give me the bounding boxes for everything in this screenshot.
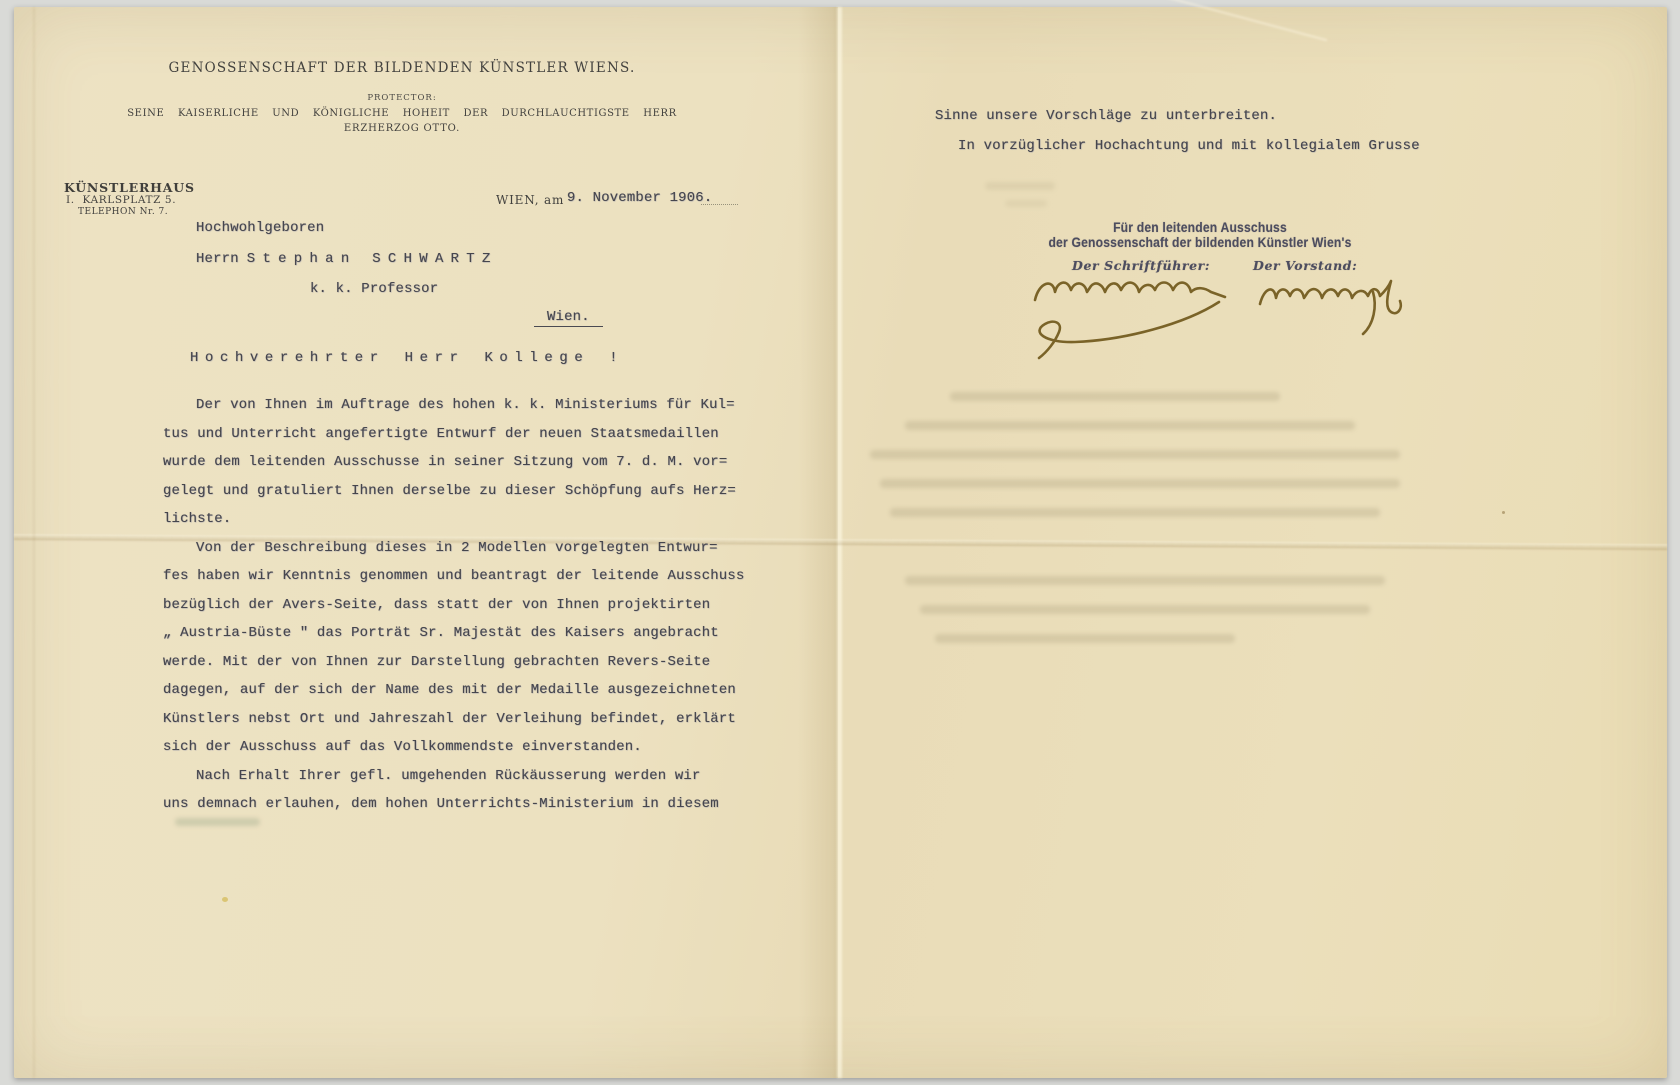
letterhead-protector-line2: ERZHERZOG OTTO.: [14, 123, 790, 134]
closing-line-1: Sinne unsere Vorschläge zu unterbreiten.: [935, 108, 1277, 124]
letterhead-protector-label: PROTECTOR:: [14, 93, 790, 103]
signatures: [1005, 262, 1475, 377]
recipient-prefix: Herrn: [196, 251, 239, 267]
recipient-name: Stephan SCHWARTZ: [247, 251, 498, 267]
signature-vorstand: [1260, 281, 1401, 313]
recipient-title: k. k. Professor: [310, 281, 438, 297]
body-line: werde. Mit der von Ihnen zur Darstellung…: [163, 654, 710, 670]
body-line: „ Austria-Büste " das Porträt Sr. Majest…: [163, 625, 719, 641]
closing-line-2: In vorzüglicher Hochachtung und mit koll…: [958, 138, 1420, 154]
dateline-printed: WIEN, am: [496, 193, 564, 207]
body-line: Künstlers nebst Ort und Jahreszahl der V…: [163, 711, 736, 727]
left-edge-crease: [33, 7, 35, 1078]
recipient-honorific: Hochwohlgeboren: [196, 220, 324, 236]
body-line: Nach Erhalt Ihrer gefl. umgehenden Rückä…: [196, 768, 701, 784]
committee-stamp: Für den leitenden Ausschuss der Genossen…: [1020, 220, 1380, 251]
body-line: bezüglich der Avers-Seite, dass statt de…: [163, 597, 710, 613]
body-line: wurde dem leitenden Ausschusse in seiner…: [163, 454, 727, 470]
letterhead-house-street: I. KARLSPLATZ 5.: [66, 194, 176, 206]
body-line: gelegt und gratuliert Ihnen derselbe zu …: [163, 483, 736, 499]
signature-schriftfuehrer-flourish: [1039, 302, 1219, 358]
stamp-line-1: Für den leitenden Ausschuss: [1038, 220, 1362, 235]
body-line: Von der Beschreibung dieses in 2 Modelle…: [196, 540, 718, 556]
recipient-city: Wien.: [534, 309, 603, 325]
letterhead-title: GENOSSENSCHAFT DER BILDENDEN KÜNSTLER WI…: [14, 60, 790, 76]
stamp-line-2: der Genossenschaft der bildenden Künstle…: [1038, 235, 1362, 251]
signature-vorstand-descender: [1363, 292, 1375, 334]
signature-schriftfuehrer: [1035, 283, 1225, 301]
recipient-name-line: HerrnStephan SCHWARTZ: [196, 251, 498, 267]
body-line: dagegen, auf der sich der Name des mit d…: [163, 682, 736, 698]
letterhead-protector-line1: SEINE KAISERLICHE UND KÖNIGLICHE HOHEIT …: [14, 108, 790, 119]
body-line: sich der Ausschuss auf das Vollkommendst…: [163, 739, 642, 755]
dateline-typed-date: 9. November 1906.: [567, 190, 712, 206]
letterhead-house-phone: TELEPHON Nr. 7.: [78, 207, 168, 217]
letterhead-house-name: KÜNSTLERHAUS: [64, 180, 195, 195]
scanned-letter-scene: GENOSSENSCHAFT DER BILDENDEN KÜNSTLER WI…: [0, 0, 1680, 1085]
body-line: Der von Ihnen im Auftrage des hohen k. k…: [196, 397, 735, 413]
salutation: Hochverehrter Herr Kollege !: [190, 350, 624, 366]
dateline-dotted-rule: [701, 204, 738, 205]
body-line: lichste.: [163, 511, 231, 527]
body-line: uns demnach erlauhen, dem hohen Unterric…: [163, 796, 719, 812]
body-line: tus und Unterricht angefertigte Entwurf …: [163, 426, 719, 442]
body-line: fes haben wir Kenntnis genommen und bean…: [163, 568, 745, 584]
